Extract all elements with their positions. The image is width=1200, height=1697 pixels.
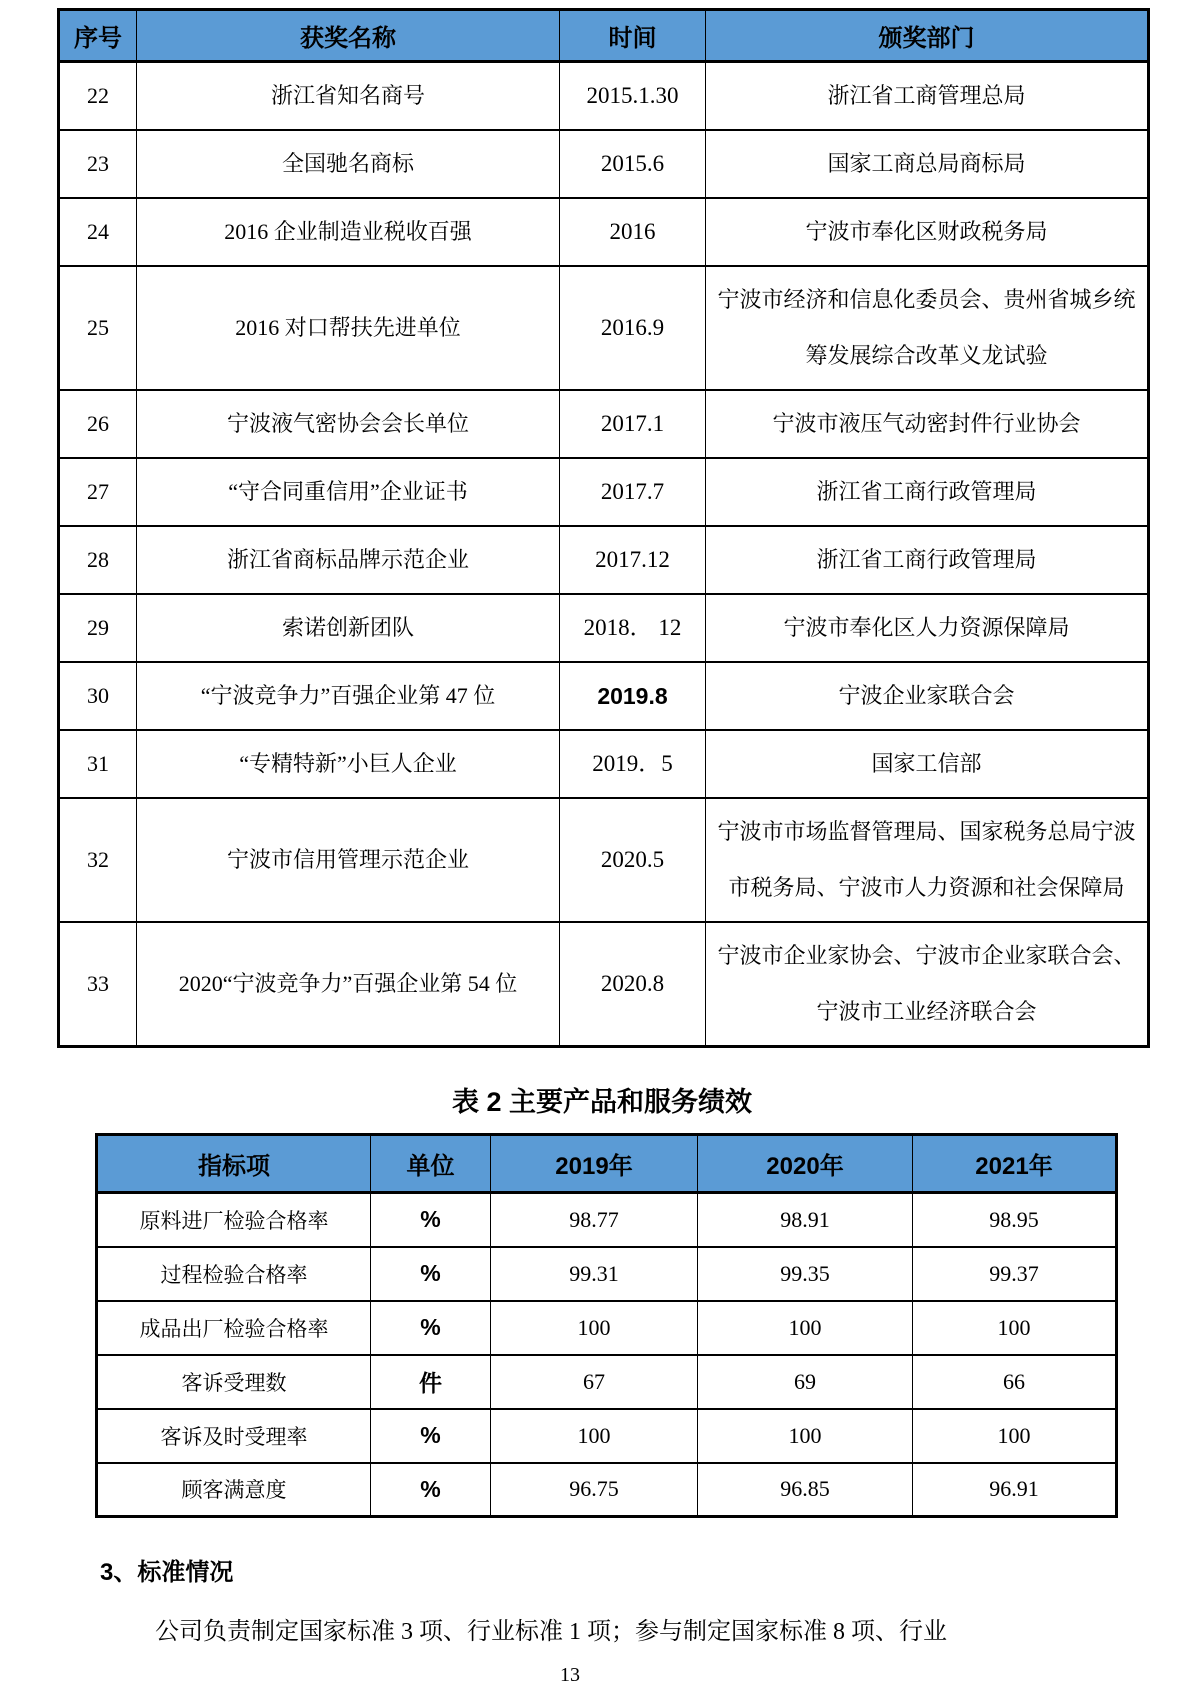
value-2021: 100	[913, 1409, 1117, 1463]
awards-col-dept: 颁奖部门	[706, 10, 1149, 62]
award-dept: 宁波市企业家协会、宁波市企业家联合会、宁波市工业经济联合会	[706, 922, 1149, 1047]
award-time: 2019．5	[560, 730, 706, 798]
metric-unit: %	[371, 1301, 491, 1355]
award-dept: 宁波市经济和信息化委员会、贵州省城乡统筹发展综合改革义龙试验	[706, 266, 1149, 390]
table-row: 29索诺创新团队2018． 12宁波市奉化区人力资源保障局	[59, 594, 1149, 662]
section-heading: 3、标准情况	[100, 1552, 1200, 1587]
award-dept: 宁波市液压气动密封件行业协会	[706, 390, 1149, 458]
award-time: 2015.1.30	[560, 62, 706, 131]
award-no: 30	[59, 662, 137, 730]
table-row: 332020“宁波竞争力”百强企业第 54 位2020.8宁波市企业家协会、宁波…	[59, 922, 1149, 1047]
award-time: 2020.5	[560, 798, 706, 922]
awards-header-row: 序号 获奖名称 时间 颁奖部门	[59, 10, 1149, 62]
award-no: 32	[59, 798, 137, 922]
value-2019: 67	[491, 1355, 698, 1409]
metric-unit: %	[371, 1247, 491, 1301]
award-name: “专精特新”小巨人企业	[137, 730, 560, 798]
value-2020: 98.91	[698, 1193, 913, 1247]
value-2019: 100	[491, 1409, 698, 1463]
award-no: 24	[59, 198, 137, 266]
award-dept: 浙江省工商行政管理局	[706, 526, 1149, 594]
award-name: 宁波液气密协会会长单位	[137, 390, 560, 458]
award-name: 索诺创新团队	[137, 594, 560, 662]
award-no: 26	[59, 390, 137, 458]
table-row: 成品出厂检验合格率%100100100	[97, 1301, 1117, 1355]
value-2020: 96.85	[698, 1463, 913, 1517]
metric-label: 顾客满意度	[97, 1463, 371, 1517]
metric-label: 客诉及时受理率	[97, 1409, 371, 1463]
awards-col-name: 获奖名称	[137, 10, 560, 62]
awards-table: 序号 获奖名称 时间 颁奖部门 22浙江省知名商号2015.1.30浙江省工商管…	[57, 8, 1150, 1048]
value-2021: 98.95	[913, 1193, 1117, 1247]
award-name: 2016 对口帮扶先进单位	[137, 266, 560, 390]
performance-table-header: 指标项 单位 2019年 2020年 2021年	[97, 1135, 1117, 1193]
award-no: 22	[59, 62, 137, 131]
table-row: 27“守合同重信用”企业证书2017.7浙江省工商行政管理局	[59, 458, 1149, 526]
awards-col-no: 序号	[59, 10, 137, 62]
awards-table-body: 22浙江省知名商号2015.1.30浙江省工商管理总局23全国驰名商标2015.…	[59, 62, 1149, 1047]
table-row: 252016 对口帮扶先进单位2016.9宁波市经济和信息化委员会、贵州省城乡统…	[59, 266, 1149, 390]
metric-unit: 件	[371, 1355, 491, 1409]
award-name: 浙江省商标品牌示范企业	[137, 526, 560, 594]
table-row: 30“宁波竞争力”百强企业第 47 位2019.8宁波企业家联合会	[59, 662, 1149, 730]
award-dept: 浙江省工商行政管理局	[706, 458, 1149, 526]
metric-label: 成品出厂检验合格率	[97, 1301, 371, 1355]
award-time: 2016	[560, 198, 706, 266]
award-no: 33	[59, 922, 137, 1047]
perf-col-2020: 2020年	[698, 1135, 913, 1193]
value-2020: 100	[698, 1301, 913, 1355]
award-time: 2016.9	[560, 266, 706, 390]
table-row: 26宁波液气密协会会长单位2017.1宁波市液压气动密封件行业协会	[59, 390, 1149, 458]
award-dept: 国家工信部	[706, 730, 1149, 798]
award-name: 全国驰名商标	[137, 130, 560, 198]
award-no: 27	[59, 458, 137, 526]
award-no: 23	[59, 130, 137, 198]
award-time: 2017.7	[560, 458, 706, 526]
award-time: 2020.8	[560, 922, 706, 1047]
value-2019: 99.31	[491, 1247, 698, 1301]
table-row: 23全国驰名商标2015.6国家工商总局商标局	[59, 130, 1149, 198]
performance-table-body: 原料进厂检验合格率%98.7798.9198.95过程检验合格率%99.3199…	[97, 1193, 1117, 1517]
table-row: 过程检验合格率%99.3199.3599.37	[97, 1247, 1117, 1301]
award-name: “守合同重信用”企业证书	[137, 458, 560, 526]
award-dept: 宁波市市场监督管理局、国家税务总局宁波市税务局、宁波市人力资源和社会保障局	[706, 798, 1149, 922]
table-row: 242016 企业制造业税收百强2016宁波市奉化区财政税务局	[59, 198, 1149, 266]
award-dept: 浙江省工商管理总局	[706, 62, 1149, 131]
value-2021: 99.37	[913, 1247, 1117, 1301]
value-2019: 100	[491, 1301, 698, 1355]
award-no: 25	[59, 266, 137, 390]
metric-unit: %	[371, 1193, 491, 1247]
table-row: 28浙江省商标品牌示范企业2017.12浙江省工商行政管理局	[59, 526, 1149, 594]
metric-label: 原料进厂检验合格率	[97, 1193, 371, 1247]
table-row: 客诉受理数件676966	[97, 1355, 1117, 1409]
awards-col-time: 时间	[560, 10, 706, 62]
awards-table-header: 序号 获奖名称 时间 颁奖部门	[59, 10, 1149, 62]
award-name: 宁波市信用管理示范企业	[137, 798, 560, 922]
award-no: 29	[59, 594, 137, 662]
award-dept: 宁波市奉化区财政税务局	[706, 198, 1149, 266]
award-no: 28	[59, 526, 137, 594]
table-row: 32宁波市信用管理示范企业2020.5宁波市市场监督管理局、国家税务总局宁波市税…	[59, 798, 1149, 922]
value-2019: 98.77	[491, 1193, 698, 1247]
award-no: 31	[59, 730, 137, 798]
perf-col-2021: 2021年	[913, 1135, 1117, 1193]
table-row: 顾客满意度%96.7596.8596.91	[97, 1463, 1117, 1517]
award-time: 2015.6	[560, 130, 706, 198]
perf-col-metric: 指标项	[97, 1135, 371, 1193]
value-2021: 100	[913, 1301, 1117, 1355]
metric-unit: %	[371, 1409, 491, 1463]
table-row: 客诉及时受理率%100100100	[97, 1409, 1117, 1463]
value-2020: 69	[698, 1355, 913, 1409]
value-2021: 66	[913, 1355, 1117, 1409]
value-2020: 100	[698, 1409, 913, 1463]
document-page: 序号 获奖名称 时间 颁奖部门 22浙江省知名商号2015.1.30浙江省工商管…	[0, 0, 1200, 1697]
value-2019: 96.75	[491, 1463, 698, 1517]
perf-col-unit: 单位	[371, 1135, 491, 1193]
award-name: 浙江省知名商号	[137, 62, 560, 131]
metric-unit: %	[371, 1463, 491, 1517]
performance-header-row: 指标项 单位 2019年 2020年 2021年	[97, 1135, 1117, 1193]
table-row: 31“专精特新”小巨人企业2019．5国家工信部	[59, 730, 1149, 798]
award-time: 2017.12	[560, 526, 706, 594]
award-time: 2018． 12	[560, 594, 706, 662]
value-2021: 96.91	[913, 1463, 1117, 1517]
value-2020: 99.35	[698, 1247, 913, 1301]
award-time: 2019.8	[560, 662, 706, 730]
award-dept: 国家工商总局商标局	[706, 130, 1149, 198]
table-row: 原料进厂检验合格率%98.7798.9198.95	[97, 1193, 1117, 1247]
page-number: 13	[0, 1664, 1140, 1687]
award-dept: 宁波企业家联合会	[706, 662, 1149, 730]
award-dept: 宁波市奉化区人力资源保障局	[706, 594, 1149, 662]
metric-label: 过程检验合格率	[97, 1247, 371, 1301]
table2-title: 表 2 主要产品和服务绩效	[57, 1080, 1147, 1119]
metric-label: 客诉受理数	[97, 1355, 371, 1409]
body-paragraph: 公司负责制定国家标准 3 项、行业标准 1 项；参与制定国家标准 8 项、行业	[155, 1617, 1155, 1648]
award-name: 2020“宁波竞争力”百强企业第 54 位	[137, 922, 560, 1047]
award-name: 2016 企业制造业税收百强	[137, 198, 560, 266]
table-row: 22浙江省知名商号2015.1.30浙江省工商管理总局	[59, 62, 1149, 131]
award-time: 2017.1	[560, 390, 706, 458]
perf-col-2019: 2019年	[491, 1135, 698, 1193]
award-name: “宁波竞争力”百强企业第 47 位	[137, 662, 560, 730]
performance-table: 指标项 单位 2019年 2020年 2021年 原料进厂检验合格率%98.77…	[95, 1133, 1118, 1518]
